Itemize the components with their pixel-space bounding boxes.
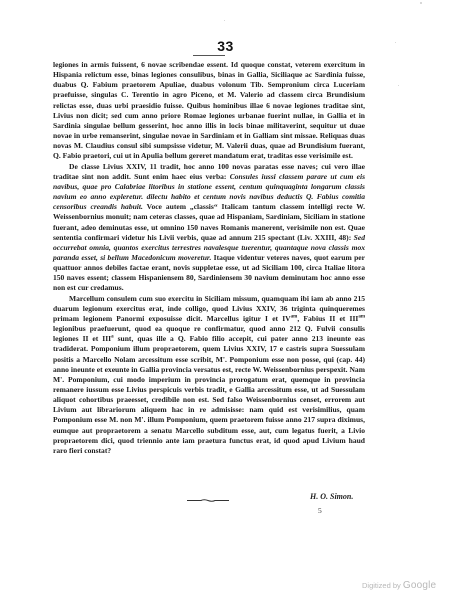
signature-mark: 5 <box>318 506 322 515</box>
scan-speck <box>224 20 225 21</box>
text-segment: sunt, quas ille a Q. Fabio filio accepit… <box>53 334 365 455</box>
watermark-prefix: Digitized by <box>362 581 403 590</box>
scan-speck <box>420 2 422 4</box>
watermark-brand: Google <box>403 580 436 591</box>
text-segment: am <box>358 314 365 319</box>
scan-speck <box>398 85 399 86</box>
text-segment: , Fabius II et III <box>297 314 358 323</box>
page-number-rule <box>193 55 225 56</box>
page-number: 33 <box>0 38 451 54</box>
author-signature: H. O. Simon. <box>310 492 353 501</box>
paragraph: De classe Livius XXIV, 11 tradit, hoc an… <box>53 162 365 294</box>
body-text: legiones in armis fuissent, 6 novae scri… <box>53 60 365 456</box>
scan-speck <box>395 42 396 43</box>
watermark: Digitized by Google <box>362 580 436 591</box>
paragraph: legiones in armis fuissent, 6 novae scri… <box>53 60 365 162</box>
paragraph: Marcellum consulem cum suo exercitu in S… <box>53 294 365 457</box>
ornament-divider-icon <box>187 499 229 502</box>
text-segment: legiones in armis fuissent, 6 novae scri… <box>53 60 365 160</box>
